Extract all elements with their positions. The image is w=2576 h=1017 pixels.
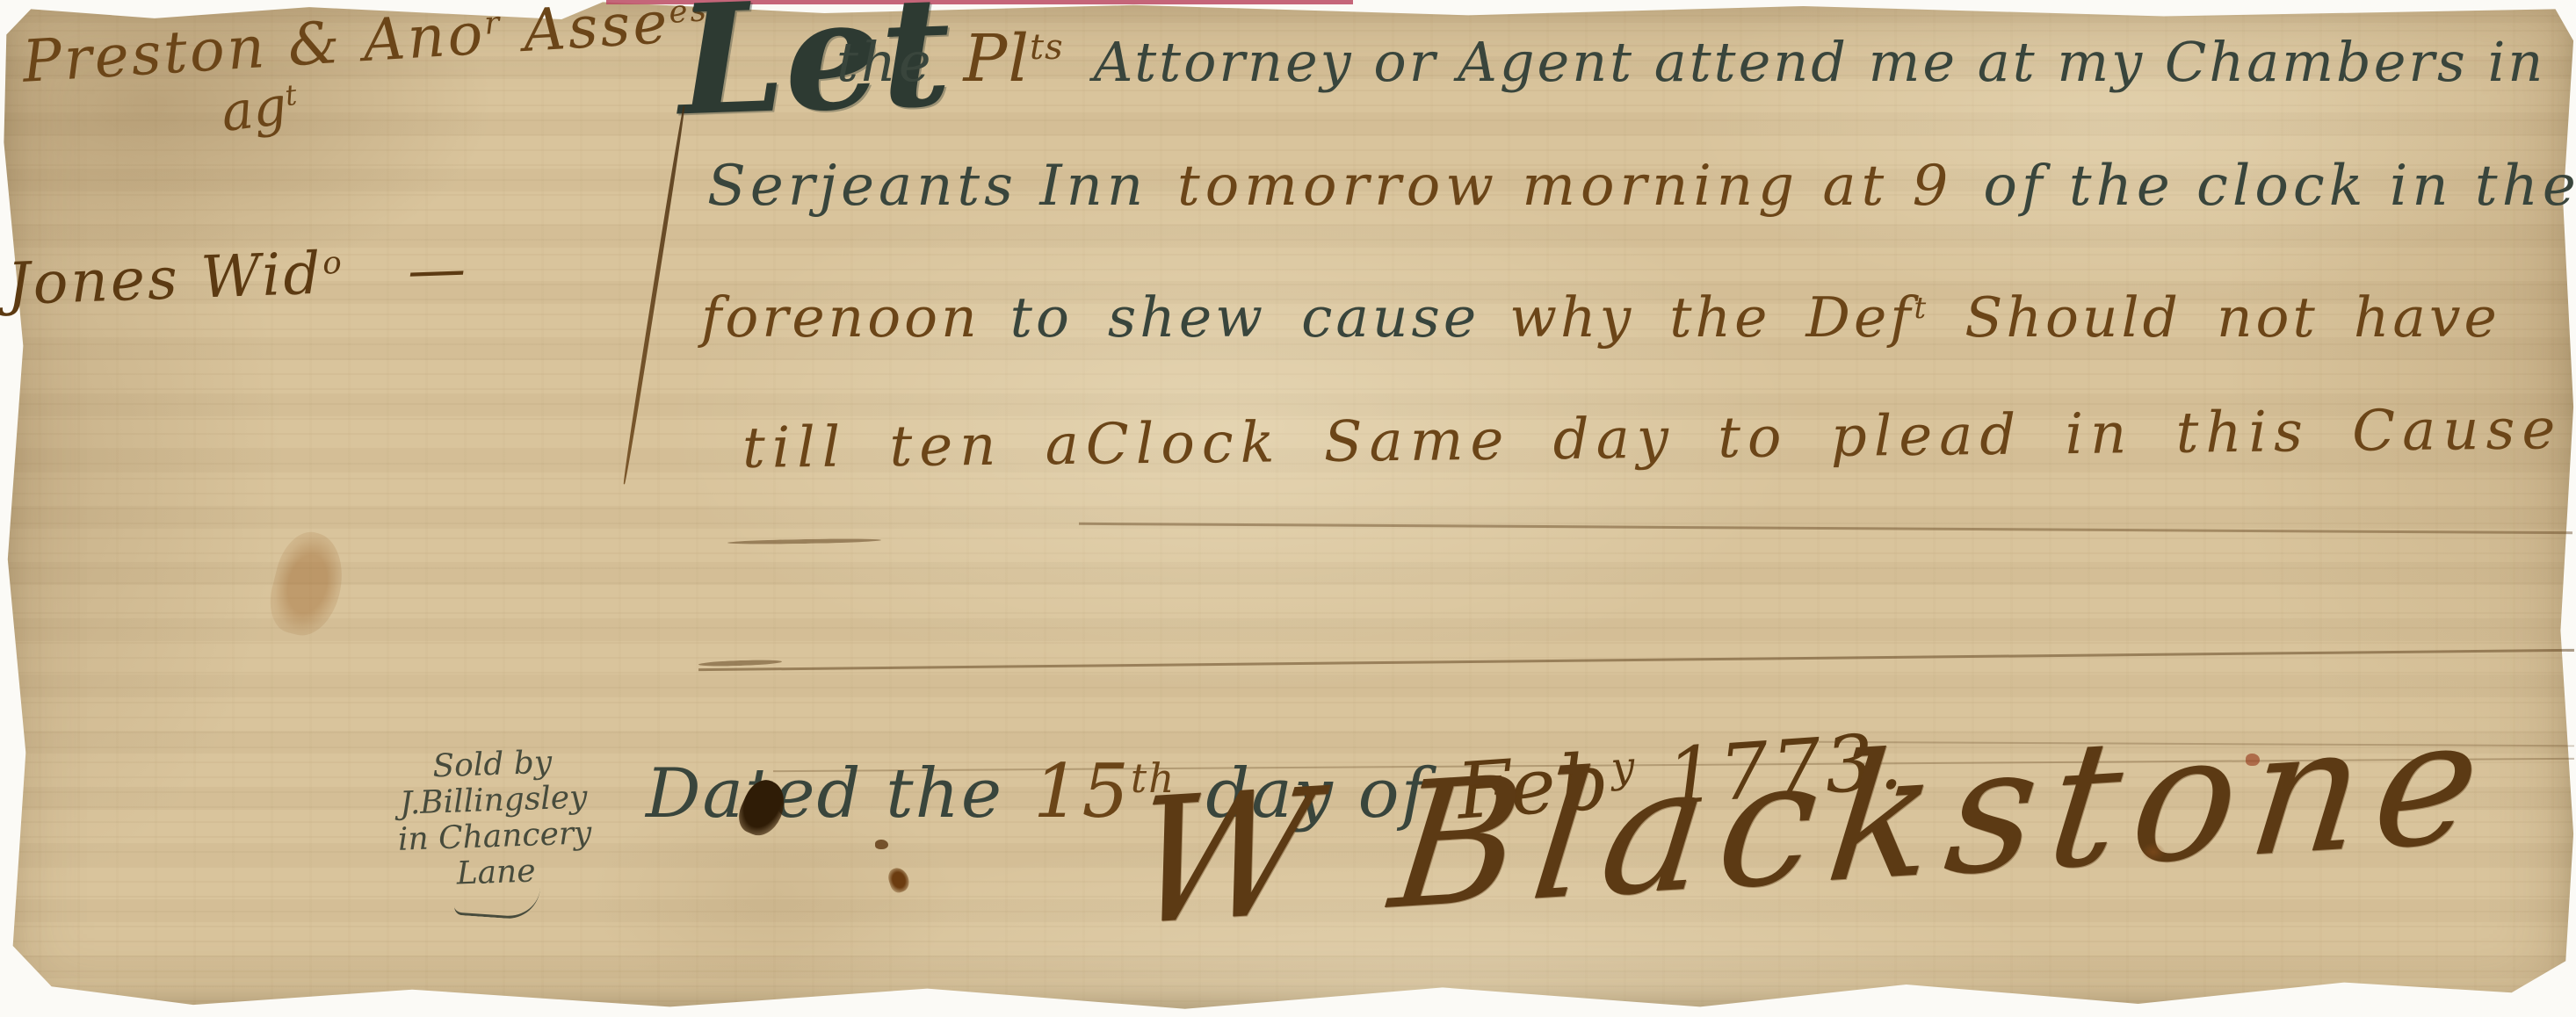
versus-text: ag: [218, 76, 290, 145]
clause-rest: Should not have: [1929, 285, 2500, 350]
fixed-text: Attorney or Agent attend me at my Chambe…: [1094, 30, 2546, 94]
defendant-superscript: o: [322, 245, 344, 282]
fixed-text: Serjeants Inn: [707, 154, 1147, 219]
ink-speck: [875, 840, 888, 849]
body-line-2: Serjeants Inntomorrow morning at 9of the…: [707, 158, 2576, 214]
stationer-imprint: Sold by J.Billingsley in Chancery Lane: [356, 742, 634, 923]
imprint-swash-flourish: [454, 883, 540, 921]
imprint-line: Sold by: [432, 745, 553, 785]
inserted-abbreviation-plaintiffs: Plts: [964, 21, 1064, 97]
inserted-text-time: tomorrow morning at 9: [1177, 154, 1953, 219]
rust-speck: [2246, 754, 2260, 766]
paper-stain: [2142, 843, 2165, 861]
plaintiff-role: Asse: [501, 0, 672, 66]
body-line-3: forenoonto shew causewhy the Deft Should…: [701, 290, 2500, 345]
fixed-text: the: [836, 30, 934, 94]
manuscript-scan: Preston & Anor Assees agt Jones Wido— Le…: [0, 0, 2576, 1017]
defendant-abbr-superscript: t: [1914, 291, 1930, 326]
fixed-text: to shew cause: [1010, 285, 1480, 350]
versus-abbreviation: agt: [219, 78, 301, 140]
plaintiff-superscript: r: [483, 4, 503, 41]
filler-dash: —: [407, 234, 470, 304]
body-line-1: thePltsAttorney or Agent attend me at my…: [836, 26, 2545, 91]
inserted-text-forenoon: forenoon: [701, 285, 980, 350]
defendant-name: Jones Wid: [6, 240, 324, 319]
fixed-text: of the clock in the: [1983, 154, 2576, 219]
clause-base: why the Def: [1509, 285, 1914, 350]
dateline-fixed: Dated the: [646, 754, 1003, 833]
imprint-line: in Chancery: [397, 815, 592, 858]
abbr-base: Pl: [964, 21, 1030, 97]
day-value: 15: [1033, 748, 1131, 834]
inserted-text-defendant-clause: why the Deft Should not have: [1509, 285, 2500, 350]
abbr-superscript: ts: [1030, 27, 1064, 68]
